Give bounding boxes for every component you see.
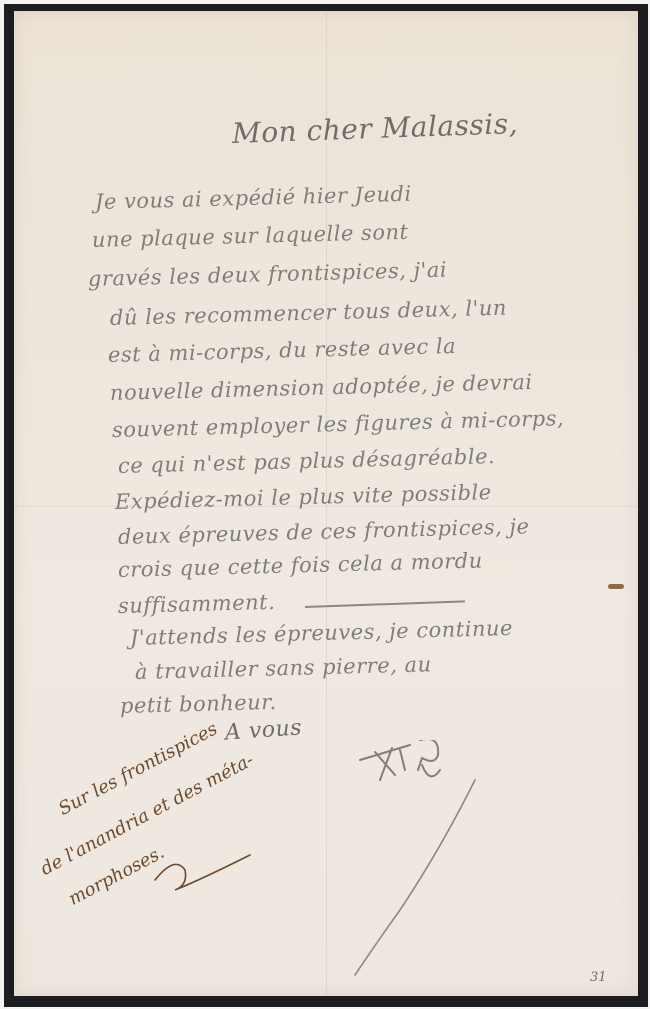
annotation-line: Sur les frontispices <box>55 718 221 820</box>
margin-annotation: Sur les frontispices de l'anandria et de… <box>30 700 310 920</box>
document-scan: Mon cher Malassis, Je vous ai expédié hi… <box>0 0 650 1009</box>
body-line: suffisamment. <box>118 590 276 618</box>
annotation-flourish-icon <box>150 850 260 900</box>
folio-number: 31 <box>590 970 607 985</box>
monogram-signature-icon <box>340 740 500 990</box>
ink-spot <box>608 584 624 589</box>
